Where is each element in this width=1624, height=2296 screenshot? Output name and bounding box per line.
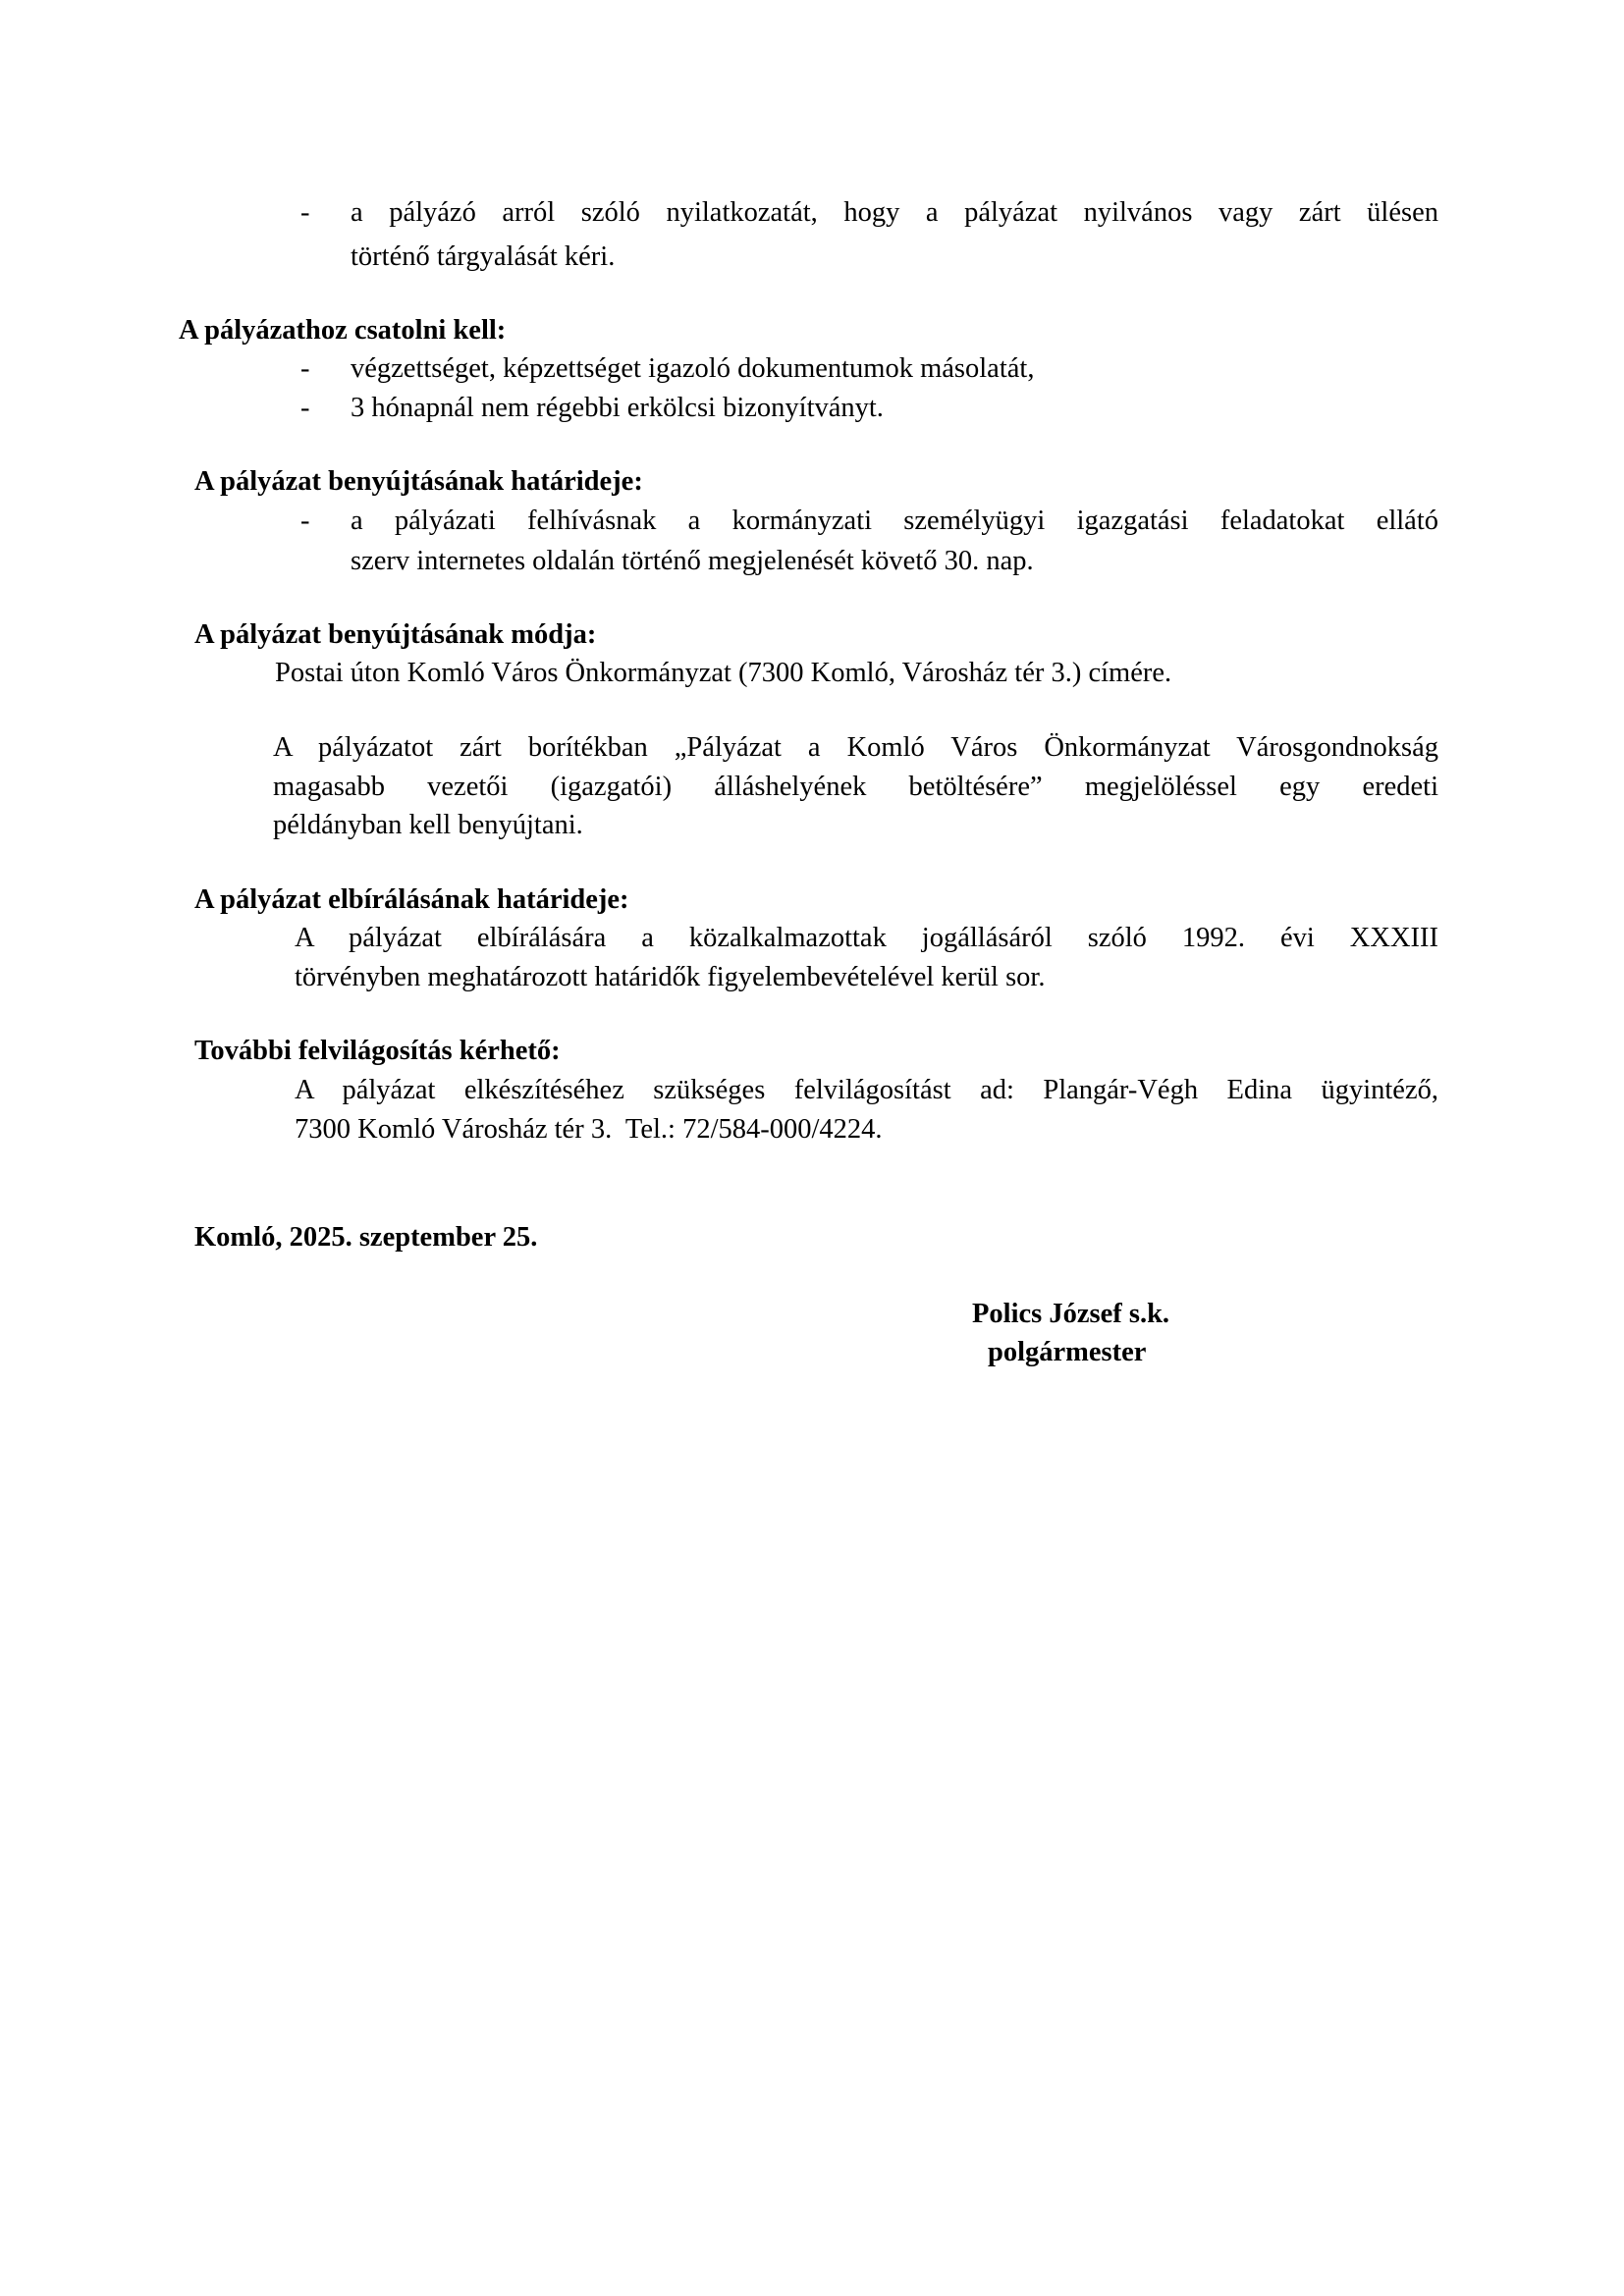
deadline-heading: A pályázat benyújtásának határideje: xyxy=(194,461,643,503)
document-date: Komló, 2025. szeptember 25. xyxy=(194,1217,537,1258)
info-line2: 7300 Komló Városház tér 3. Tel.: 72/584-… xyxy=(295,1109,883,1150)
intro-item-line1: a pályázó arról szóló nyilatkozatát, hog… xyxy=(351,192,1438,234)
method-line1: Postai úton Komló Város Önkormányzat (73… xyxy=(275,653,1171,694)
deadline-line2: szerv internetes oldalán történő megjele… xyxy=(351,541,1034,582)
signature-name: Polics József s.k. xyxy=(972,1294,1169,1335)
intro-item-line2: történő tárgyalását kéri. xyxy=(351,237,615,278)
info-heading: További felvilágosítás kérhető: xyxy=(194,1031,561,1072)
method-para-line1: A pályázatot zárt borítékban „Pályázat a… xyxy=(273,727,1438,769)
document-page: - a pályázó arról szóló nyilatkozatát, h… xyxy=(0,0,1624,2296)
evaluation-line1: A pályázat elbírálására a közalkalmazott… xyxy=(295,918,1438,959)
evaluation-heading: A pályázat elbírálásának határideje: xyxy=(194,880,629,921)
method-para-line3: példányban kell benyújtani. xyxy=(273,805,583,846)
bullet-dash: - xyxy=(300,192,310,234)
bullet-dash: - xyxy=(300,501,310,542)
signature-title: polgármester xyxy=(988,1332,1146,1373)
attachment-item: végzettséget, képzettséget igazoló dokum… xyxy=(351,348,1034,390)
method-heading: A pályázat benyújtásának módja: xyxy=(194,614,596,656)
info-line1: A pályázat elkészítéséhez szükséges felv… xyxy=(295,1070,1438,1111)
deadline-line1: a pályázati felhívásnak a kormányzati sz… xyxy=(351,501,1438,542)
bullet-dash: - xyxy=(300,348,310,390)
evaluation-line2: törvényben meghatározott határidők figye… xyxy=(295,957,1045,998)
bullet-dash: - xyxy=(300,388,310,429)
method-para-line2: magasabb vezetői (igazgatói) álláshelyén… xyxy=(273,767,1438,808)
attachment-item: 3 hónapnál nem régebbi erkölcsi bizonyít… xyxy=(351,388,884,429)
attachments-heading: A pályázathoz csatolni kell: xyxy=(179,310,506,351)
